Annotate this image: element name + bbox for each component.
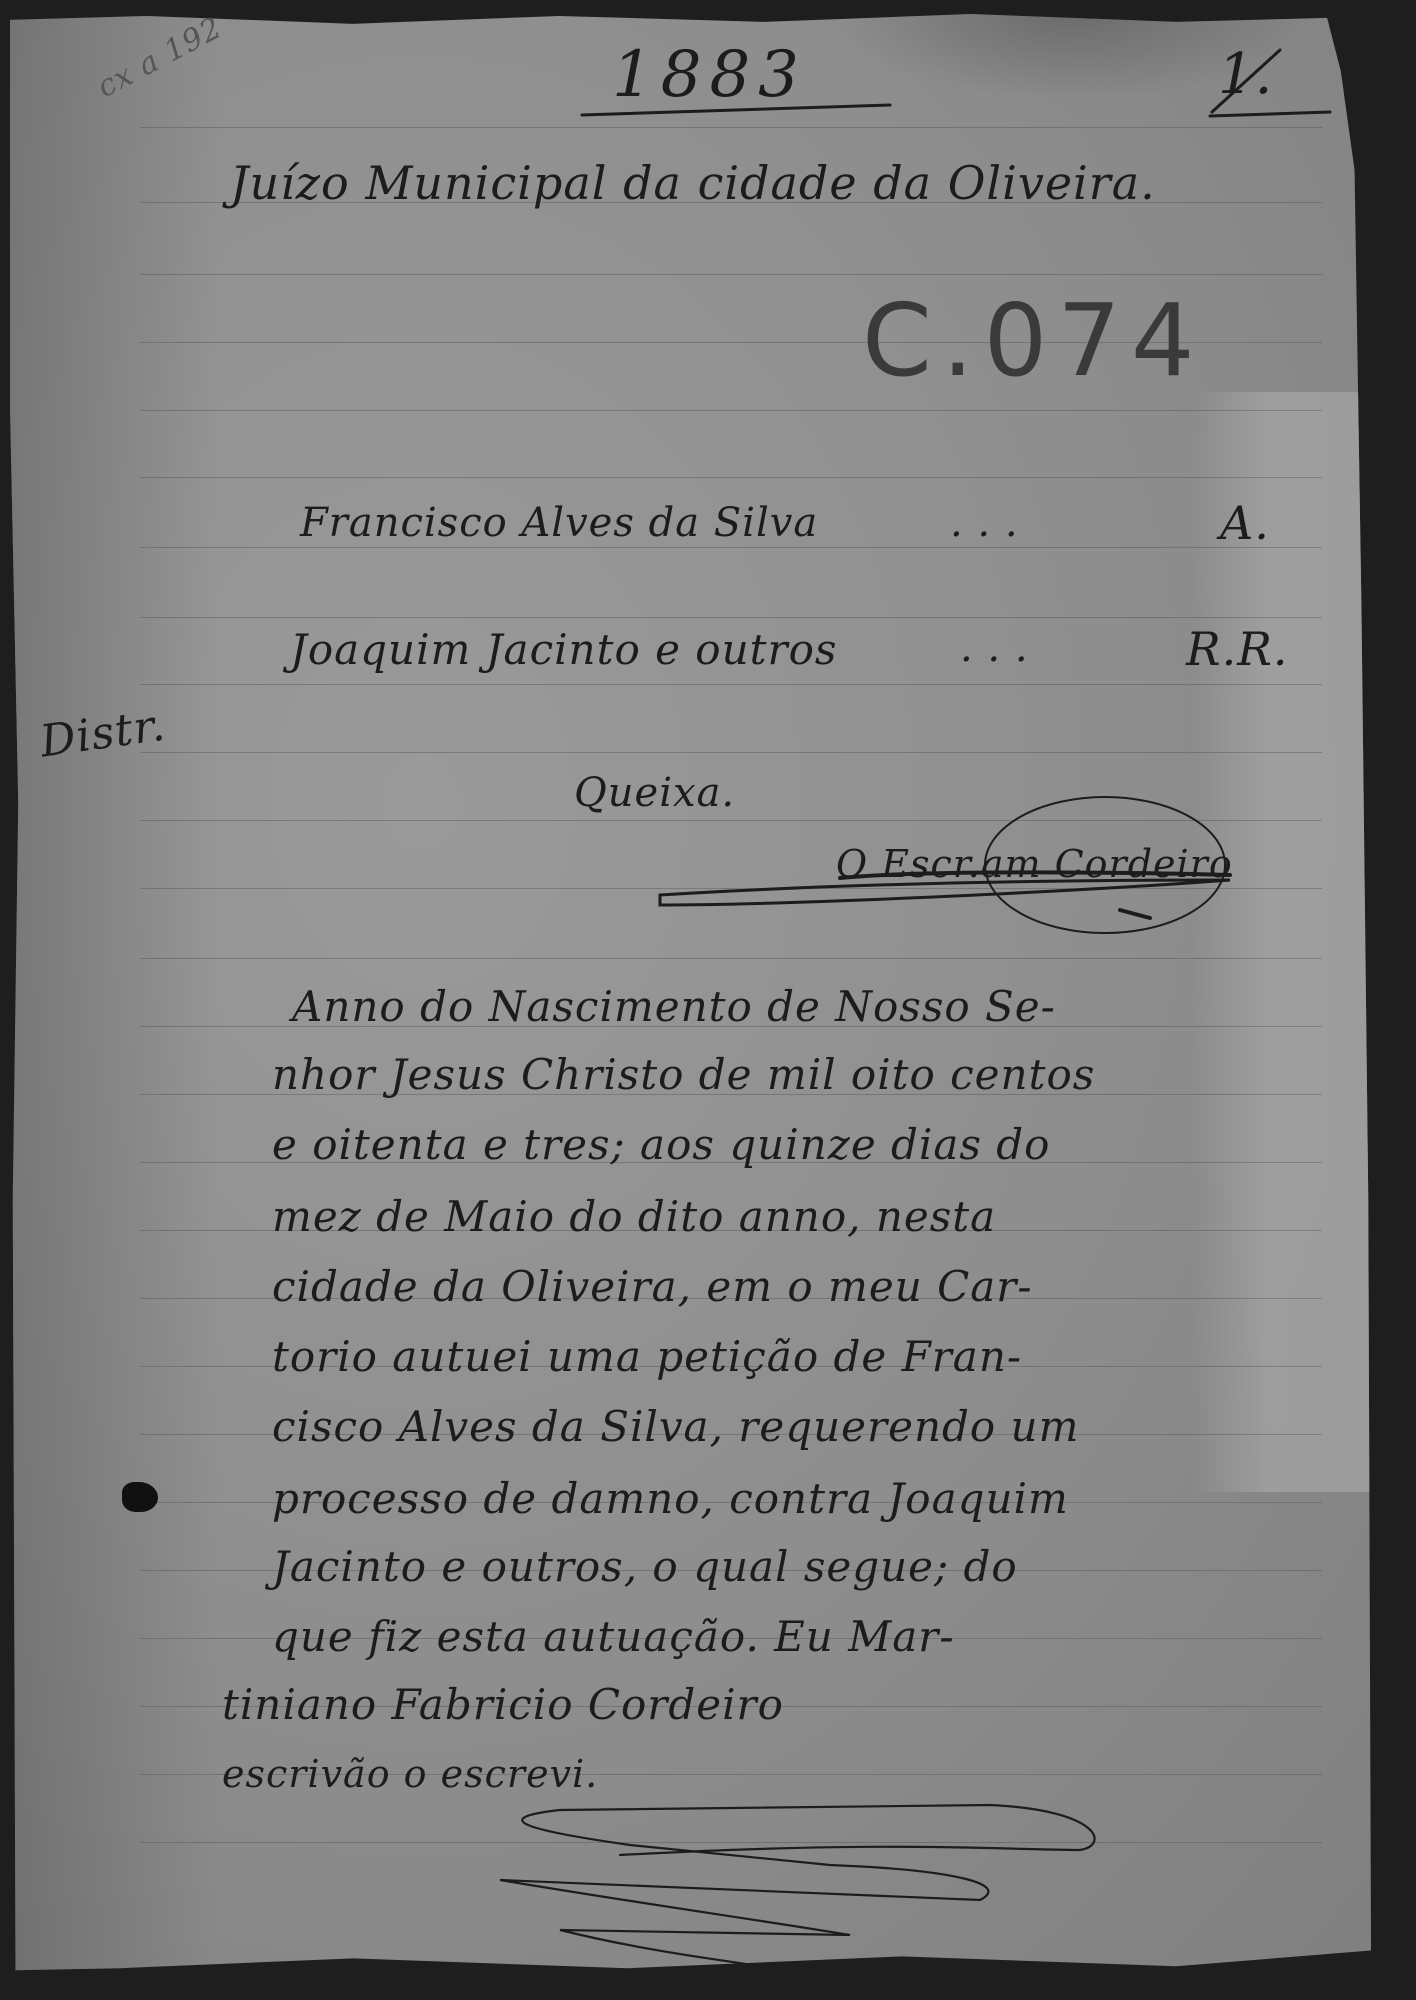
pen-flourishes (0, 0, 1416, 2000)
